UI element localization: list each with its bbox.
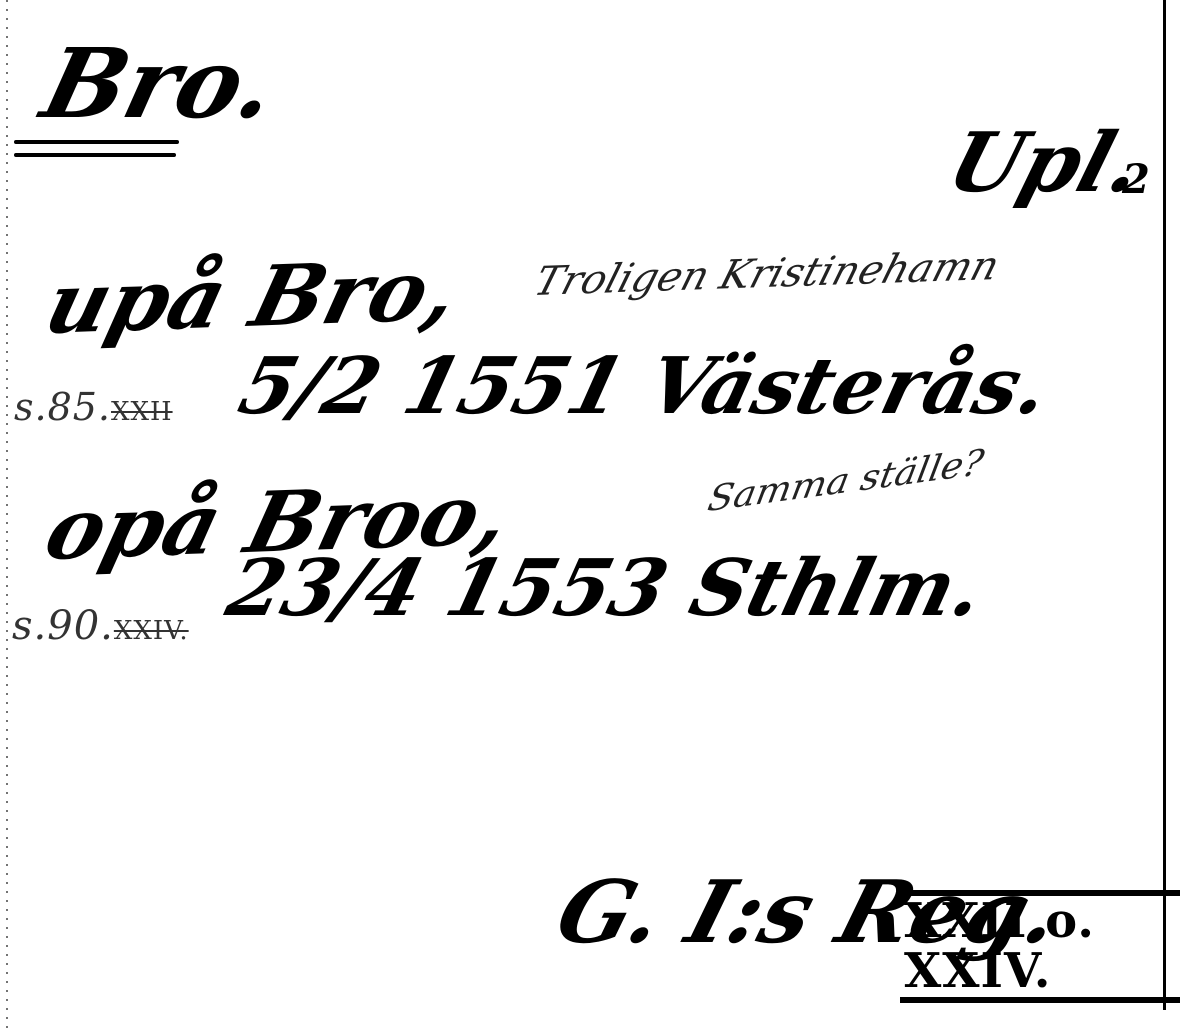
archive-index-card: Bro. Upl. 2 upå Bro, Troligen Kristineha… <box>0 0 1180 1029</box>
scan-margin <box>6 0 8 1029</box>
entry-1-reference: s.85.XXII <box>14 388 173 426</box>
entry-2-struck-volume: XXIV. <box>114 616 189 646</box>
source-volumes: XXII o. XXIV. <box>900 890 1180 1003</box>
corner-superscript: 2 <box>1122 160 1150 200</box>
entry-2-page: s.90. <box>12 603 114 649</box>
entry-2-reference: s.90.XXIV. <box>12 606 189 646</box>
entry-1-annotation: Troligen Kristinehamn <box>530 246 1004 302</box>
heading-underline <box>14 140 179 144</box>
entry-2-date-location: 23/4 1553 Sthlm. <box>220 550 991 628</box>
corner-label: Upl. <box>940 122 1152 204</box>
entry-1-location: Västerås. <box>639 341 1058 432</box>
heading-underline-second <box>14 153 176 157</box>
card-border <box>1163 0 1166 1010</box>
entry-1-struck-volume: XXII <box>111 397 173 427</box>
entry-2-date: 23/4 1553 <box>219 543 677 634</box>
entry-1-date: 5/2 1551 <box>231 341 635 432</box>
entry-1-date-location: 5/2 1551 Västerås. <box>232 348 1056 426</box>
entry-2-annotation: Samma ställe? <box>705 445 986 518</box>
entry-1-place: upå Bro, <box>38 248 467 346</box>
entry-2-location: Sthlm. <box>681 543 992 634</box>
card-heading: Bro. <box>34 36 285 132</box>
entry-1-page: s.85. <box>14 385 111 429</box>
